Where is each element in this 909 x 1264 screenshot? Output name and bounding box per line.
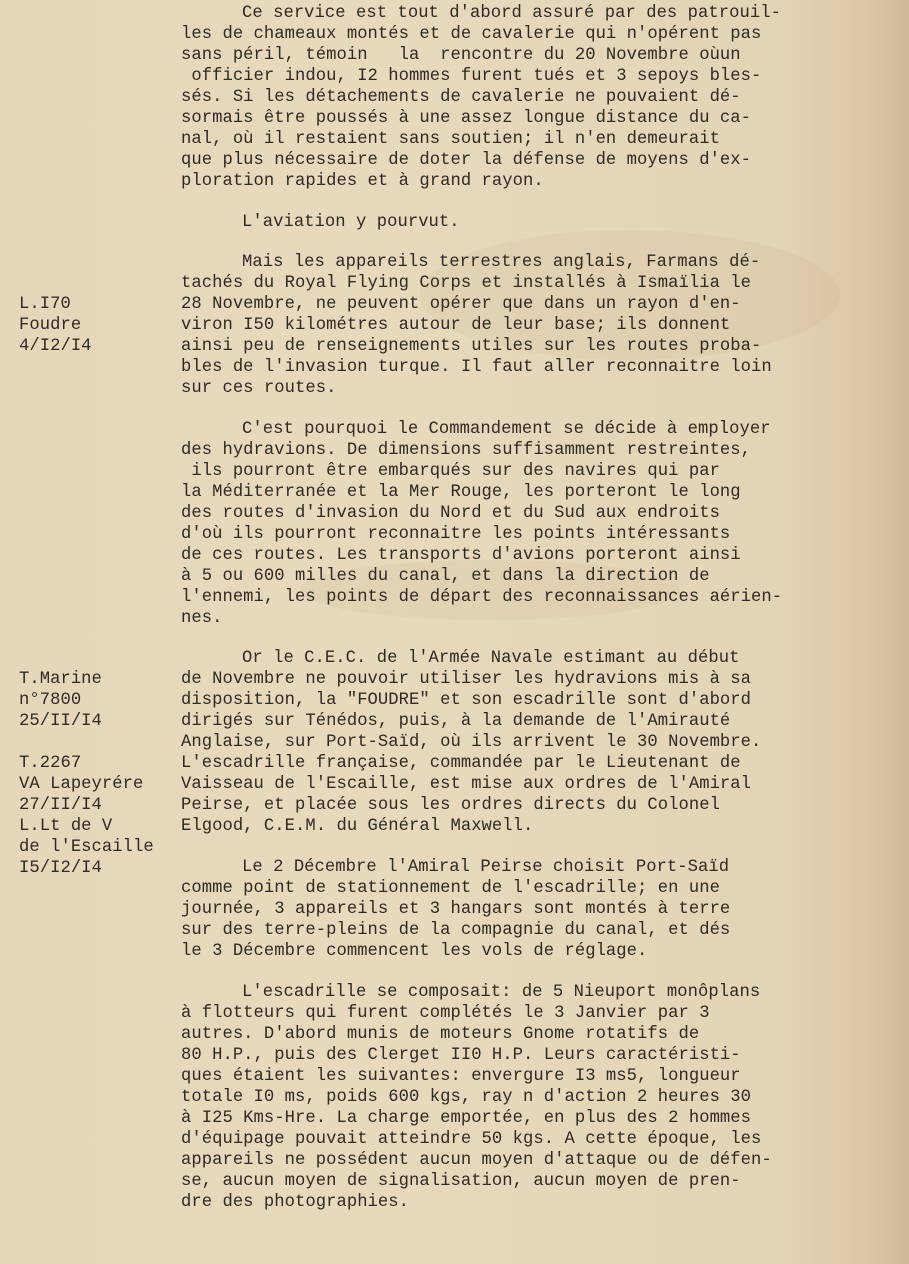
text-line: dre des photographies. [181,1192,409,1213]
text-line: L'escadrille se composait: de 5 Nieuport… [242,982,760,1003]
text-line: à flotteurs qui furent complétés le 3 Ja… [181,1003,710,1024]
text-line: sur des terre-pleins de la compagnie du … [181,920,730,941]
text-line: bles de l'invasion turque. Il faut aller… [181,357,772,378]
text-line: disposition, la "FOUDRE" et son escadril… [181,690,751,711]
text-line: de ces routes. Les transports d'avions p… [181,545,741,566]
text-line: des hydravions. De dimensions suffisamme… [181,440,751,461]
margin-note: L.I70 [19,294,71,315]
typewritten-page: Ce service est tout d'abord assuré par d… [0,0,909,1264]
margin-note: n°7800 [19,690,81,711]
text-line: appareils ne possédent aucun moyen d'att… [181,1150,772,1171]
text-line: Vaisseau de l'Escaille, est mise aux ord… [181,774,751,795]
text-line: des routes d'invasion du Nord et du Sud … [181,503,720,524]
text-line: Ce service est tout d'abord assuré par d… [242,3,781,24]
text-line: L'escadrille française, commandée par le… [181,753,741,774]
text-line: que plus nécessaire de doter la défense … [181,150,751,171]
text-line: Le 2 Décembre l'Amiral Peirse choisit Po… [242,857,729,878]
margin-note: VA Lapeyrére [19,774,143,795]
text-line: officier indou, I2 hommes furent tués et… [181,66,761,87]
text-line: totale I0 ms, poids 600 kgs, ray n d'act… [181,1087,751,1108]
margin-note: T.2267 [19,753,81,774]
margin-note: Foudre [19,315,81,336]
text-line: 80 H.P., puis des Clerget II0 H.P. Leurs… [181,1045,741,1066]
text-line: à 5 ou 600 milles du canal, et dans la d… [181,566,710,587]
text-line: sur ces routes. [181,378,336,399]
text-line: autres. D'abord munis de moteurs Gnome r… [181,1024,699,1045]
text-line: comme point de stationnement de l'escadr… [181,878,720,899]
text-line: nes. [181,608,222,629]
text-line: Mais les appareils terrestres anglais, F… [242,252,760,273]
text-line: de Novembre ne pouvoir utiliser les hydr… [181,669,751,690]
text-line: la Méditerranée et la Mer Rouge, les por… [181,482,741,503]
margin-note: de l'Escaille [19,837,154,858]
text-line: viron I50 kilométres autour de leur base… [181,315,730,336]
text-line: se, aucun moyen de signalisation, aucun … [181,1171,741,1192]
margin-note: I5/I2/I4 [19,858,102,879]
text-line: Peirse, et placée sous les ordres direct… [181,795,720,816]
text-line: Anglaise, sur Port-Saïd, où ils arrivent… [181,732,761,753]
text-line: journée, 3 appareils et 3 hangars sont m… [181,899,730,920]
text-line: ques étaient les suivantes: envergure I3… [181,1066,741,1087]
text-line: l'ennemi, les points de départ des recon… [181,587,782,608]
margin-note: T.Marine [19,669,102,690]
text-line: dirigés sur Ténédos, puis, à la demande … [181,711,730,732]
text-line: les de chameaux montés et de cavalerie q… [181,24,761,45]
margin-note: 27/II/I4 [19,795,102,816]
text-line: ploration rapides et à grand rayon. [181,171,544,192]
text-line: C'est pourquoi le Commandement se décide… [242,419,771,440]
text-line: Or le C.E.C. de l'Armée Navale estimant … [242,648,739,669]
text-line: ils pourront être embarqués sur des navi… [181,461,720,482]
text-line: nal, où il restaient sans soutien; il n'… [181,129,720,150]
margin-note: 25/II/I4 [19,711,102,732]
margin-note: 4/I2/I4 [19,336,92,357]
text-line: ainsi peu de renseignements utiles sur l… [181,336,761,357]
text-line: d'où ils pourront reconnaitre les points… [181,524,730,545]
text-line: sans péril, témoin la rencontre du 20 No… [181,45,741,66]
text-line: sormais être poussés à une assez longue … [181,108,751,129]
text-line: à I25 Kms-Hre. La charge emportée, en pl… [181,1108,751,1129]
margin-note: L.Lt de V [19,816,112,837]
text-line: d'équipage pouvait atteindre 50 kgs. A c… [181,1129,761,1150]
text-line: Elgood, C.E.M. du Général Maxwell. [181,816,533,837]
text-line: tachés du Royal Flying Corps et installé… [181,273,751,294]
text-line: 28 Novembre, ne peuvent opérer que dans … [181,294,741,315]
text-line: le 3 Décembre commencent les vols de rég… [181,941,647,962]
text-line: L'aviation y pourvut. [242,212,460,233]
text-line: sés. Si les détachements de cavalerie ne… [181,87,741,108]
